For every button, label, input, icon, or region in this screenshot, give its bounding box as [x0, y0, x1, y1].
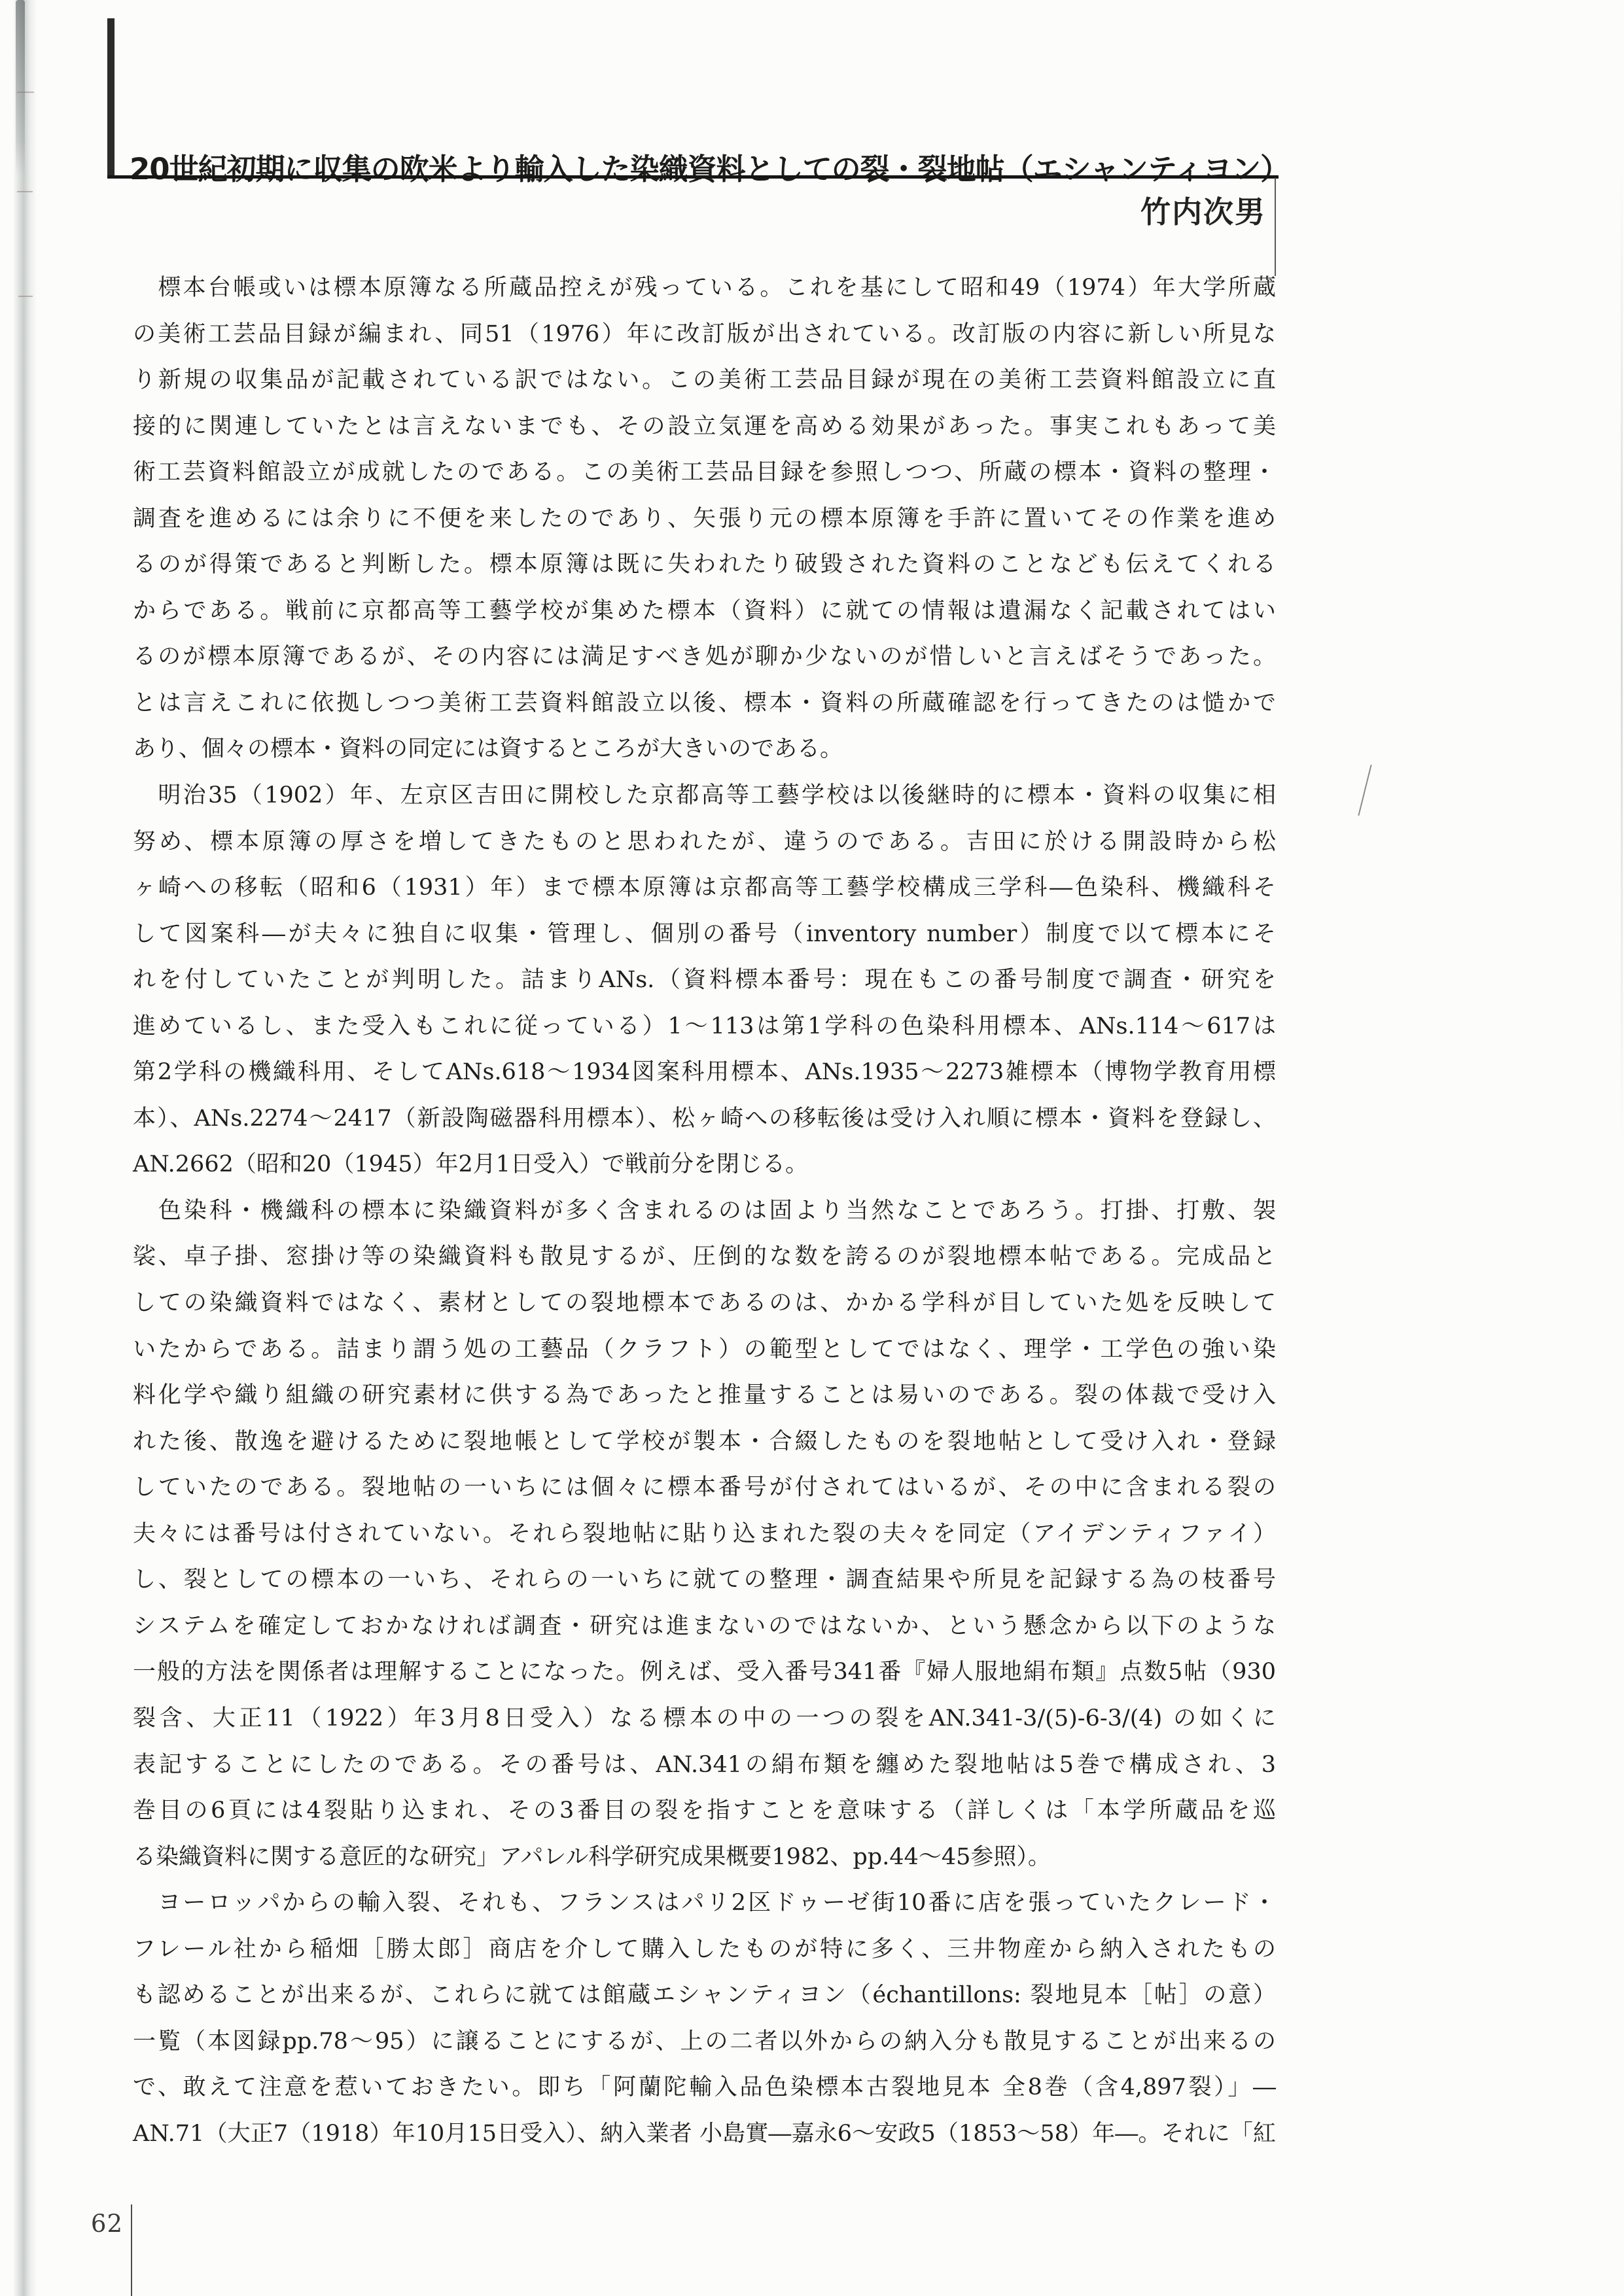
- body-line: して図案科―が夫々に独自に収集・管理し、個別の番号（inventory numb…: [133, 911, 1276, 958]
- title-underline-rule: [107, 175, 1279, 179]
- body-line: 裂含、大正11（1922）年3月8日受入）なる標本の中の一つの裂をAN.341-…: [133, 1696, 1276, 1742]
- body-line: るのが得策であると判断した。標本原簿は既に失われたり破毀された資料のことなども伝…: [133, 542, 1276, 588]
- body-line: で、敢えて注意を惹いておきたい。即ち「阿蘭陀輸入品色染標本古裂地見本 全8巻（含…: [133, 2064, 1276, 2111]
- body-line: 裟、卓子掛、窓掛け等の染織資料も散見するが、圧倒的な数を誇るのが裂地標本帖である…: [133, 1234, 1276, 1280]
- body-line: しての染織資料ではなく、素材としての裂地標本であるのは、かかる学科が目していた処…: [133, 1280, 1276, 1327]
- body-line: ヨーロッパからの輸入裂、それも、フランスはパリ2区ドゥーゼ街10番に店を張ってい…: [133, 1880, 1276, 1926]
- body-line: ヶ崎への移転（昭和6（1931）年）まで標本原簿は京都高等工藝学校構成三学科―色…: [133, 865, 1276, 911]
- body-line: 努め、標本原簿の厚さを増してきたものと思われたが、違うのである。吉田に於ける開設…: [133, 819, 1276, 865]
- body-line: 料化学や織り組織の研究素材に供する為であったと推量することは易いのである。裂の体…: [133, 1372, 1276, 1419]
- body-line: 進めているし、また受入もこれに従っている）1～113は第1学科の色染科用標本、A…: [133, 1003, 1276, 1050]
- body-line: 本）、ANs.2274～2417（新設陶磁器科用標本）、松ヶ崎への移転後は受け入…: [133, 1096, 1276, 1142]
- body-line: 一般的方法を関係者は理解することになった。例えば、受入番号341番『婦人服地絹布…: [133, 1649, 1276, 1696]
- body-line: フレール社から稲畑［勝太郎］商店を介して購入したものが特に多く、三井物産から納入…: [133, 1926, 1276, 1973]
- body-line: 調査を進めるには余りに不便を来したのであり、矢張り元の標本原簿を手許に置いてその…: [133, 496, 1276, 542]
- scan-hairline: [17, 92, 34, 93]
- body-line: れを付していたことが判明した。詰まりANs.（資料標本番号：現在もこの番号制度で…: [133, 957, 1276, 1003]
- body-line: るのが標本原簿であるが、その内容には満足すべき処が聊か少ないのが惜しいと言えばそ…: [133, 634, 1276, 680]
- title-accent-bar: [107, 18, 115, 178]
- body-line: 明治35（1902）年、左京区吉田に開校した京都高等工藝学校は以後継時的に標本・…: [133, 773, 1276, 819]
- body-line: 術工芸資料館設立が成就したのである。この美術工芸品目録を参照しつつ、所蔵の標本・…: [133, 449, 1276, 496]
- gutter-shadow-dark-segment: [16, 0, 25, 177]
- page-right-edge-shadow: [1621, 164, 1623, 1145]
- body-line: し、裂としての標本の一いち、それらの一いちに就ての整理・調査結果や所見を記録する…: [133, 1557, 1276, 1603]
- scan-hairline: [18, 296, 33, 297]
- body-line: も認めることが出来るが、これらに就ては館蔵エシャンティヨン（échantillo…: [133, 1972, 1276, 2019]
- body-text: 標本台帳或いは標本原簿なる所蔵品控えが残っている。これを基にして昭和49（197…: [133, 265, 1276, 2157]
- body-line: 一覧（本図録pp.78～95）に譲ることにするが、上の二者以外からの納入分も散見…: [133, 2019, 1276, 2065]
- body-line: 夫々には番号は付されていない。それら裂地帖に貼り込まれた裂の夫々を同定（アイデン…: [133, 1511, 1276, 1557]
- body-line: り新規の収集品が記載されている訳ではない。この美術工芸品目録が現在の美術工芸資料…: [133, 357, 1276, 404]
- body-line: とは言えこれに依拠しつつ美術工芸資料館設立以後、標本・資料の所蔵確認を行ってきた…: [133, 680, 1276, 727]
- body-line: システムを確定しておかなければ調査・研究は進まないのではないか、という懸念から以…: [133, 1603, 1276, 1650]
- scan-hairline: [17, 191, 33, 192]
- body-line: る染織資料に関する意匠的な研究」アパレル科学研究成果概要1982、pp.44～4…: [133, 1834, 1276, 1881]
- page-number-rule: [131, 2204, 132, 2296]
- body-line: れた後、散逸を避けるために裂地帳として学校が製本・合綴したものを裂地帖として受け…: [133, 1419, 1276, 1465]
- body-line: 巻目の6頁には4裂貼り込まれ、その3番目の裂を指すことを意味する（詳しくは「本学…: [133, 1788, 1276, 1834]
- page-gutter-shadow: [13, 0, 37, 2296]
- body-line: 表記することにしたのである。その番号は、AN.341の絹布類を纏めた裂地帖は5巻…: [133, 1742, 1276, 1788]
- author-name: 竹内次男: [1014, 188, 1266, 232]
- scanned-document-page: 20世紀初期に収集の欧米より輸入した染織資料としての裂・裂地帖（エシャンティヨン…: [0, 0, 1624, 2296]
- body-line: の美術工芸品目録が編まれ、同51（1976）年に改訂版が出されている。改訂版の内…: [133, 311, 1276, 358]
- body-line: AN.2662（昭和20（1945）年2月1日受入）で戦前分を閉じる。: [133, 1141, 1276, 1188]
- body-line: いたからである。詰まり謂う処の工藝品（クラフト）の範型としてではなく、理学・工学…: [133, 1327, 1276, 1373]
- body-line: あり、個々の標本・資料の同定には資するところが大きいのである。: [133, 726, 1276, 773]
- author-hairline-rule: [1275, 178, 1276, 276]
- body-line: 接的に関連していたとは言えないまでも、その設立気運を高める効果があった。事実これ…: [133, 404, 1276, 450]
- page-title: 20世紀初期に収集の欧米より輸入した染織資料としての裂・裂地帖（エシャンティヨン…: [130, 145, 1242, 188]
- stray-pen-mark: [1358, 765, 1371, 816]
- body-line: 色染科・機織科の標本に染織資料が多く含まれるのは固より当然なことであろう。打掛、…: [133, 1188, 1276, 1234]
- body-line: していたのである。裂地帖の一いちには個々に標本番号が付されてはいるが、その中に含…: [133, 1465, 1276, 1511]
- body-line: からである。戦前に京都高等工藝学校が集めた標本（資料）に就ての情報は遺漏なく記載…: [133, 588, 1276, 635]
- body-line: AN.71（大正7（1918）年10月15日受入）、納入業者 小島實―嘉永6～安…: [133, 2111, 1276, 2157]
- body-line: 標本台帳或いは標本原簿なる所蔵品控えが残っている。これを基にして昭和49（197…: [133, 265, 1276, 311]
- page-number: 62: [84, 2210, 123, 2238]
- body-line: 第2学科の機織科用、そしてANs.618～1934図案科用標本、ANs.1935…: [133, 1049, 1276, 1096]
